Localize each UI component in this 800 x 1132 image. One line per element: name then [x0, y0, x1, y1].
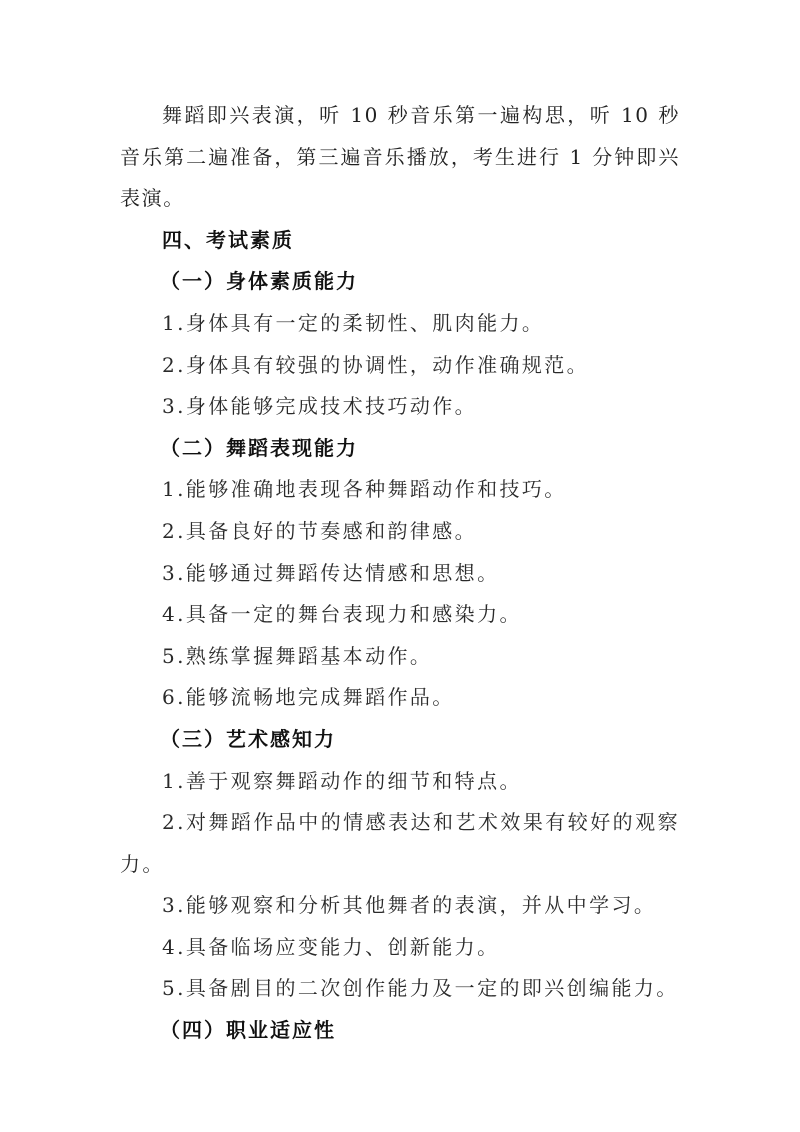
subsection-title: （四）职业适应性	[120, 1010, 680, 1052]
document-page: 舞蹈即兴表演，听 10 秒音乐第一遍构思，听 10 秒音乐第二遍准备，第三遍音乐…	[120, 95, 680, 1052]
subsection-title: （二）舞蹈表现能力	[120, 428, 680, 470]
list-item: 2.具备良好的节奏感和韵律感。	[120, 511, 680, 553]
list-item: 1.身体具有一定的柔韧性、肌肉能力。	[120, 303, 680, 345]
list-item: 3.身体能够完成技术技巧动作。	[120, 386, 680, 428]
subsection-career-adaptability: （四）职业适应性	[120, 1010, 680, 1052]
list-item: 5.熟练掌握舞蹈基本动作。	[120, 636, 680, 678]
list-item: 1.能够准确地表现各种舞蹈动作和技巧。	[120, 469, 680, 511]
subsection-body-fitness: （一）身体素质能力 1.身体具有一定的柔韧性、肌肉能力。 2.身体具有较强的协调…	[120, 261, 680, 427]
list-item: 6.能够流畅地完成舞蹈作品。	[120, 677, 680, 719]
list-item: 2.对舞蹈作品中的情感表达和艺术效果有较好的观察力。	[120, 802, 680, 885]
list-item: 2.身体具有较强的协调性，动作准确规范。	[120, 345, 680, 387]
subsection-title: （三）艺术感知力	[120, 719, 680, 761]
subsection-art-perception: （三）艺术感知力 1.善于观察舞蹈动作的细节和特点。 2.对舞蹈作品中的情感表达…	[120, 719, 680, 1010]
list-item: 5.具备剧目的二次创作能力及一定的即兴创编能力。	[120, 968, 680, 1010]
list-item: 3.能够观察和分析其他舞者的表演，并从中学习。	[120, 885, 680, 927]
list-item: 3.能够通过舞蹈传达情感和思想。	[120, 553, 680, 595]
subsection-title: （一）身体素质能力	[120, 261, 680, 303]
intro-paragraph: 舞蹈即兴表演，听 10 秒音乐第一遍构思，听 10 秒音乐第二遍准备，第三遍音乐…	[120, 95, 680, 220]
list-item: 4.具备一定的舞台表现力和感染力。	[120, 594, 680, 636]
subsection-dance-expression: （二）舞蹈表现能力 1.能够准确地表现各种舞蹈动作和技巧。 2.具备良好的节奏感…	[120, 428, 680, 719]
list-item: 1.善于观察舞蹈动作的细节和特点。	[120, 761, 680, 803]
section-heading: 四、考试素质	[120, 220, 680, 262]
list-item: 4.具备临场应变能力、创新能力。	[120, 927, 680, 969]
